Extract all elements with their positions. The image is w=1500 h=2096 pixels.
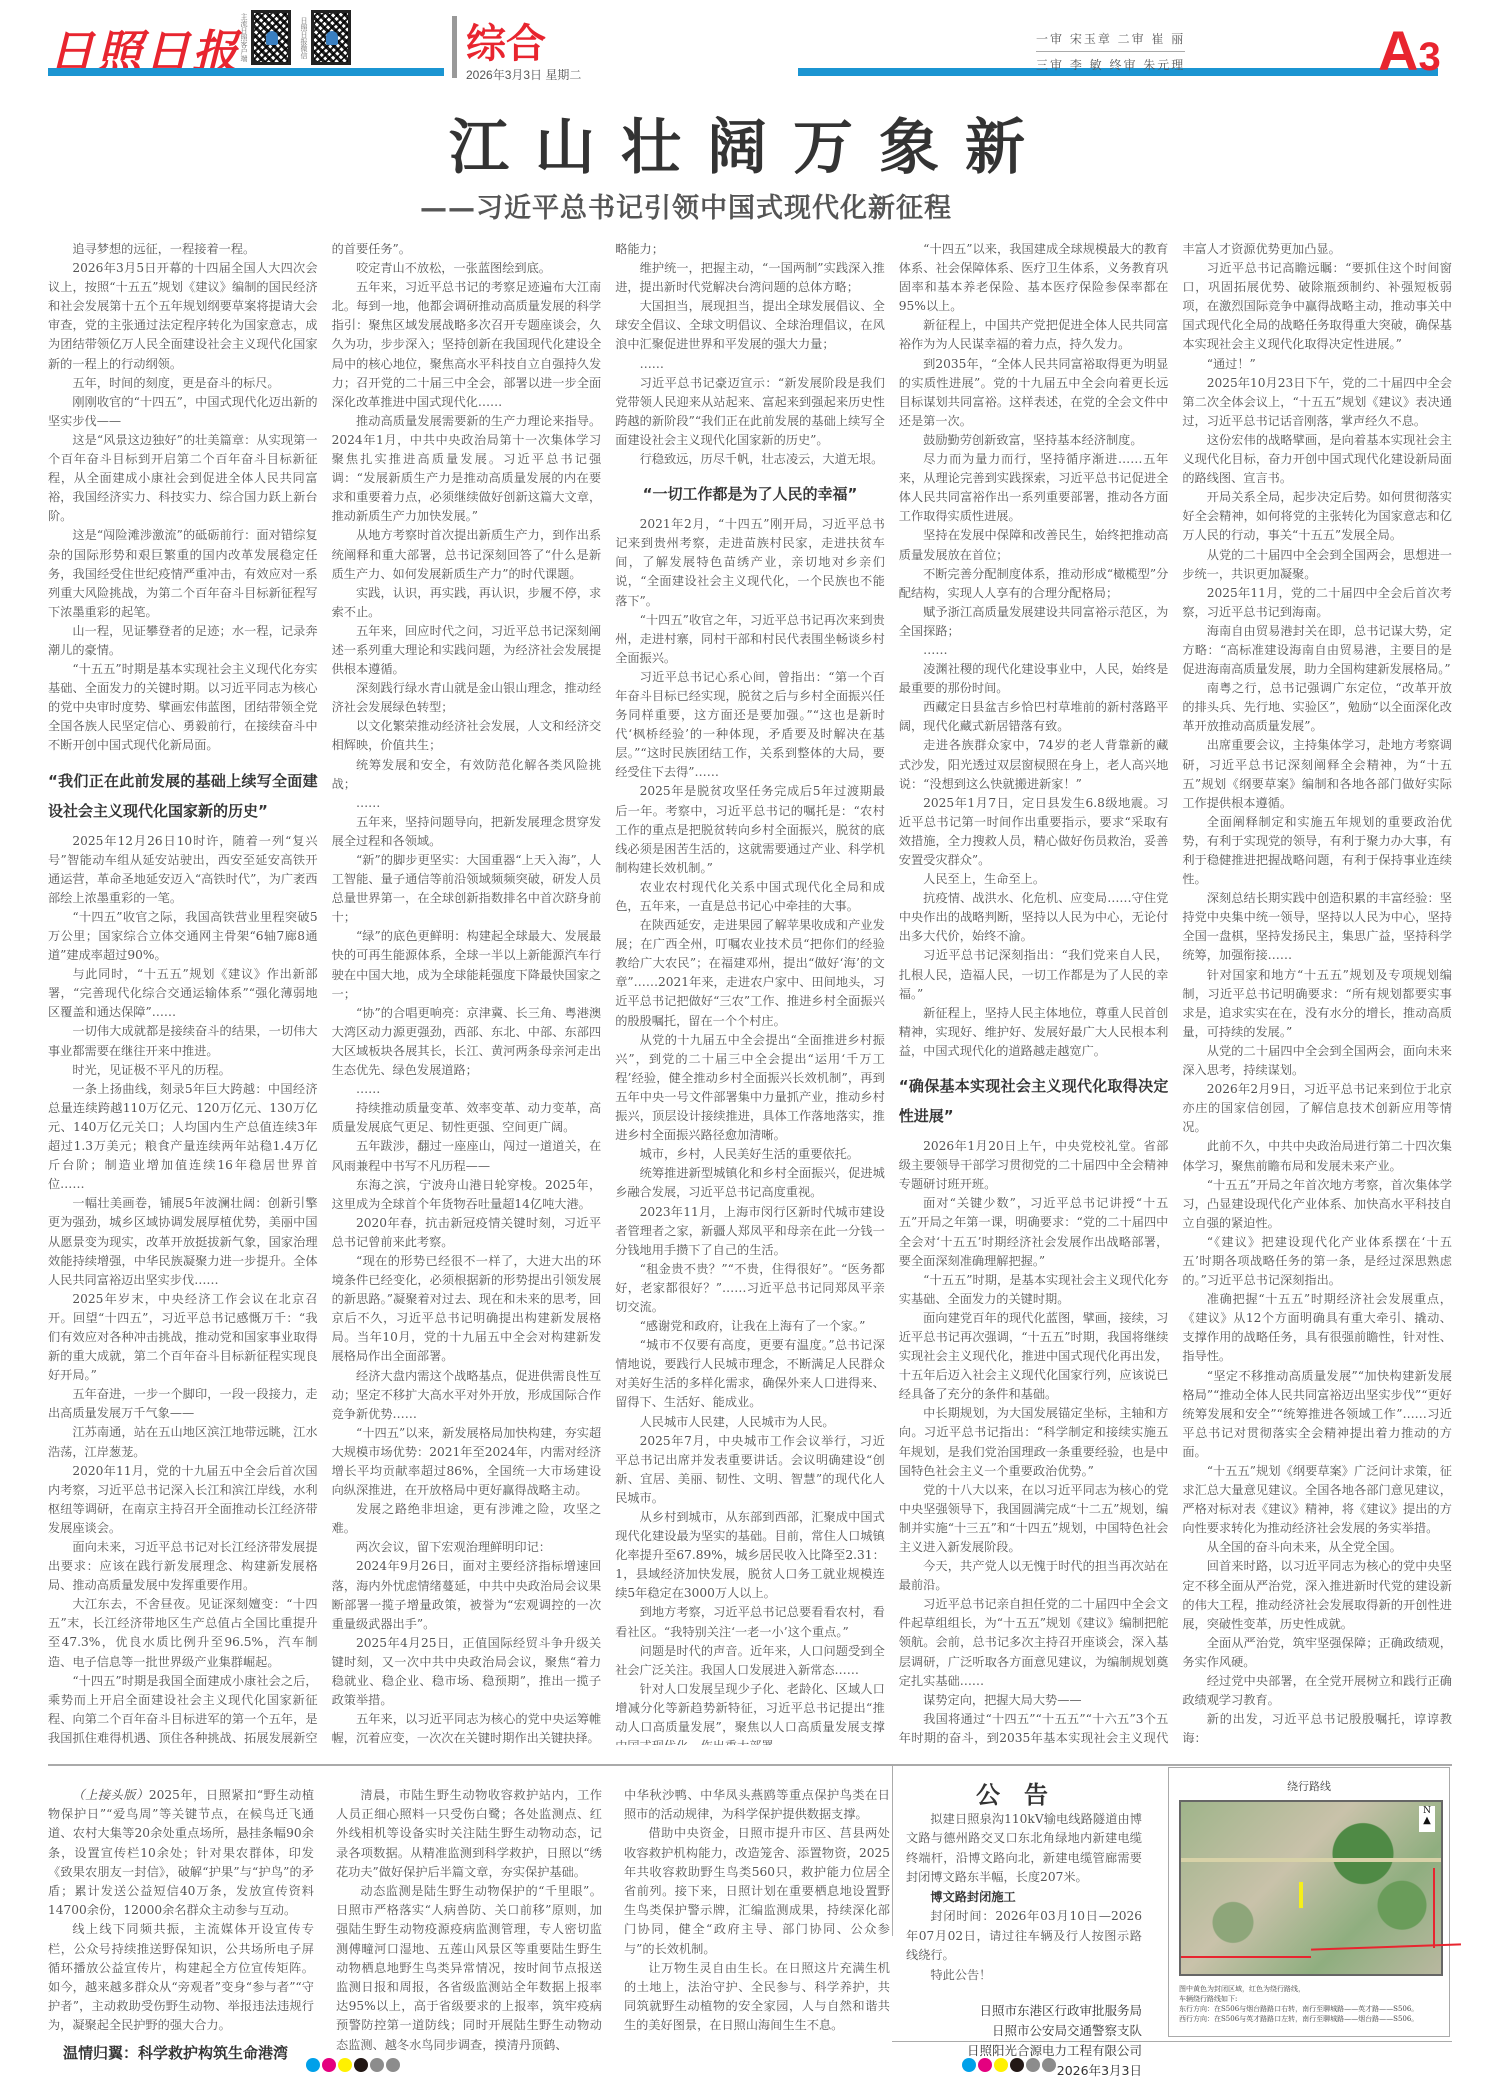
detour-route-line: [1181, 1956, 1311, 1958]
detour-route-line: [1311, 1943, 1461, 1950]
paragraph: 习近平总书记豪迈宣示：“新发展阶段是我们党带领人民迎来从站起来、富起来到强起来历…: [615, 374, 885, 450]
paragraph: 行稳致远，历尽千帆，壮志凌云，大道无垠。: [615, 450, 885, 469]
paragraph: 从地方考察时首次提出新质生产力，到作出系统阐释和重大部署，总书记深刻回答了“什么…: [332, 526, 602, 583]
paragraph: “十四五”收官之年，习近平总书记再次来到贵州，走进村寨，同村干部和村民代表围坐畅…: [615, 611, 885, 668]
paragraph: 今天，共产党人以无愧于时代的担当再次站在最前沿。: [899, 1557, 1169, 1595]
paragraph: 习近平总书记高瞻远瞩：“要抓住这个时间窗口，巩固拓展优势、破除瓶颈制约、补强短板…: [1182, 259, 1452, 354]
paragraph: 到地方考察，习近平总书记总要看看农村，看看社区。“我特别关注‘一老一小’这个重点…: [615, 1603, 885, 1641]
paragraph: 2025年10月23日下午，党的二十届四中全会第二次全体会议上，“十五五”规划《…: [1182, 374, 1452, 431]
paragraph: 从党的二十届四中全会到全国两会，思想进一步统一，共识更加凝聚。: [1182, 546, 1452, 584]
paragraph: 2025年4月25日，正值国际经贸斗争升级关键时刻，又一次中共中央政治局会议，聚…: [332, 1634, 602, 1710]
paragraph: 清晨，市陆生野生动物收容救护站内，工作人员正细心照料一只受伤白鹭；各处监测点、红…: [336, 1786, 602, 1882]
qr-wechat-caption: 日照日报微信: [300, 17, 307, 59]
paragraph: 丰富人才资源优势更加凸显。: [1182, 240, 1452, 259]
yellow-dot-icon: [994, 2058, 1008, 2072]
paragraph: 与此同时，“十五五”规划《建议》作出新部署，“完善现代化综合交通运输体系”“强化…: [48, 965, 318, 1022]
qr-client-caption: 主流日照客户端: [240, 13, 247, 62]
section-heading: “我们正在此前发展的基础上续写全面建设社会主义现代化国家新的历史”: [48, 766, 318, 826]
paragraph: 我国将通过“十四五”“十五五”“十六五”3个五年时期的奋斗，到2035年基本实现…: [899, 1710, 1169, 1745]
main-article: 追寻梦想的远征，一程接着一程。 2026年3月5日开幕的十四届全国人大四次会议上…: [48, 240, 1452, 1745]
paragraph: 2025年12月26日10时许，随着一列“复兴号”智能动车组从延安站驶出，西安至…: [48, 832, 318, 908]
paragraph: 从乡村到城市，从东部到西部，汇聚成中国式现代化建设最为坚实的基础。目前，常住人口…: [615, 1508, 885, 1603]
paragraph: 一幅壮美画卷，铺展5年波澜壮阔：创新引擎更为强劲，城乡区域协调发展厚植优势，美丽…: [48, 1194, 318, 1289]
legend-line: 西行方向：在S506与英才路路口左转，南行至聊城路——烟台路——S506。: [1179, 2014, 1439, 2024]
paragraph: 统筹推进新型城镇化和乡村全面振兴，促进城乡融合发展，习近平总书记高度重视。: [615, 1164, 885, 1202]
section-heading: “一切工作都是为了人民的幸福”: [615, 479, 885, 509]
paragraph: 大国担当，展现担当，提出全球发展倡议、全球安全倡议、全球文明倡议、全球治理倡议，…: [615, 297, 885, 354]
paragraph: 一切伟大成就都是接续奋斗的结果，一切伟大事业都需要在继往开来中推进。: [48, 1022, 318, 1060]
paragraph: 面对“关键少数”，习近平总书记讲授“十五五”开局之年第一课，明确要求：“党的二十…: [899, 1194, 1169, 1270]
paragraph: 新征程上，中国共产党把促进全体人民共同富裕作为为人民谋幸福的着力点，持久发力。: [899, 316, 1169, 354]
cyan-dot-icon: [306, 2058, 320, 2072]
section-rule: [48, 1764, 1452, 1766]
paragraph: 针对国家和地方“十五五”规划及专项规划编制，习近平总书记明确要求：“所有规划都要…: [1182, 966, 1452, 1042]
paragraph: 咬定青山不放松，一张蓝图绘到底。: [332, 259, 602, 278]
paragraph: 问题是时代的声音。近年来，人口问题受到全社会广泛关注。我国人口发展进入新常态……: [615, 1642, 885, 1680]
paragraph: 2026年2月9日，习近平总书记来到位于北京亦庄的国家信创园，了解信息技术创新应…: [1182, 1080, 1452, 1137]
legend-line: 东行方向：在S506与烟台路路口右转，南行至聊城路——英才路——S506。: [1179, 2004, 1439, 2014]
page-digit: 3: [1418, 35, 1440, 79]
paragraph: 从全国的奋斗向未来，从全党全国。: [1182, 1538, 1452, 1557]
notice-divider: [892, 1766, 893, 1936]
page-number: A3: [1378, 18, 1441, 83]
paragraph: 2020年11月，党的十九届五中全会后首次国内考察，习近平总书记深入长江和滨江岸…: [48, 1462, 318, 1538]
paragraph: 开局关系全局，起步决定后势。如何贯彻落实好全会精神，如何将党的主张转化为国家意志…: [1182, 488, 1452, 545]
paragraph: （上接头版）2025年，日照紧扣“野生动植物保护日”“爱鸟周”等关键节点，在候鸟…: [48, 1786, 314, 1920]
paragraph: 这是“闯险滩涉激流”的砥砺前行：面对错综复杂的国际形势和艰巨繁重的国内改革发展稳…: [48, 526, 318, 621]
paragraph: 持续推动质量变革、效率变革、动力变革，高质量发展底气更足、韧性更强、空间更广阔。: [332, 1099, 602, 1137]
paragraph: 动态监测是陆生野生动物保护的“千里眼”。日照市严格落实“人病兽防、关口前移”原则…: [336, 1882, 602, 2055]
satellite-map-image: N▲: [1179, 1800, 1443, 1976]
article-column-3: 略能力； 维护统一，把握主动，“一国两制”实践深入推进，提出新时代党解决台湾问题…: [615, 240, 885, 1745]
paragraph: 在陕西延安，走进果园了解苹果收成和产业发展；在广西全州，叮嘱农业技术员“把你们的…: [615, 916, 885, 1031]
paragraph: “十五五”时期是基本实现社会主义现代化夯实基础、全面发力的关键时期。以习近平同志…: [48, 660, 318, 755]
paragraph: 五年跋涉，翻过一座座山，闯过一道道关，在风雨兼程中书写不凡历程——: [332, 1137, 602, 1175]
paragraph: 城市，乡村，人民美好生活的重要依托。: [615, 1145, 885, 1164]
paragraph: 2021年2月，“十四五”刚开局，习近平总书记来到贵州考察，走进苗族村民家，走进…: [615, 515, 885, 610]
paragraph: 统筹发展和安全，有效防范化解各类风险挑战；: [332, 756, 602, 794]
paragraph: 维护统一，把握主动，“一国两制”实践深入推进，提出新时代党解决台湾问题的总体方略…: [615, 259, 885, 297]
paragraph: “城市不仅要有高度，更要有温度。”总书记深情地说，要践行人民城市理念，不断满足人…: [615, 1336, 885, 1412]
gray-dot-icon: [370, 2058, 384, 2072]
paragraph: 经济大盘内需这个战略基点，促进供需良性互动；坚定不移扩大高水平对外开放，形成国际…: [332, 1367, 602, 1424]
paragraph: 2024年9月26日，面对主要经济指标增速回落，海内外忧虑情绪蔓延，中共中央政治…: [332, 1557, 602, 1633]
paragraph: 经过党中央部署，在全党开展树立和践行正确政绩观学习教育。: [1182, 1672, 1452, 1710]
magenta-dot-icon: [322, 2058, 336, 2072]
paragraph: “十四五”收官之际，我国高铁营业里程突破5万公里；国家综合立体交通网主骨架“6轴…: [48, 908, 318, 965]
paragraph: 此前不久，中共中央政治局进行第二十四次集体学习，聚焦前瞻布局和发展未来产业。: [1182, 1137, 1452, 1175]
paragraph: 一条上扬曲线，刻录5年巨大跨越：中国经济总量连续跨越110万亿元、120万亿元、…: [48, 1080, 318, 1195]
paragraph: 到2035年，“全体人民共同富裕取得更为明显的实质性进展”。党的十九届五中全会向…: [899, 355, 1169, 431]
paragraph: 中长期规划，为大国发展锚定坐标，主轴和方向。习近平总书记指出：“科学制定和接续实…: [899, 1404, 1169, 1480]
paragraph: 新的出发，习近平总书记殷殷嘱托，谆谆教诲：: [1182, 1710, 1452, 1745]
paragraph: ……: [615, 355, 885, 374]
paragraph: 深刻践行绿水青山就是金山银山理念，推动经济社会发展绿色转型；: [332, 679, 602, 717]
paragraph: “十五五”开局之年首次地方考察，首次集体学习，凸显建设现代化产业体系、加快高水平…: [1182, 1176, 1452, 1233]
masthead: 日照日报 主流日照客户端 日照日报微信 综合 2026年3月3日 星期二 一审 …: [0, 0, 1500, 80]
continued-from-front-label: （上接头版）: [72, 1788, 148, 1802]
paragraph: 全面从严治党，筑牢坚强保障；正确政绩观，务实作风硬。: [1182, 1634, 1452, 1672]
paragraph: “十四五”时期是我国全面建成小康社会之后，乘势而上开启全面建设社会主义现代化国家…: [48, 1672, 318, 1745]
wildlife-column-2: 清晨，市陆生野生动物收容救护站内，工作人员正细心照料一只受伤白鹭；各处监测点、红…: [336, 1786, 602, 2066]
editors-divider: [1036, 51, 1185, 52]
paragraph: 五年奋进，一步一个脚印，一段一段接力，走出高质量发展万千气象——: [48, 1385, 318, 1423]
paragraph: 2025年是脱贫攻坚任务完成后5年过渡期最后一年。考察中，习近平总书记的嘱托是：…: [615, 782, 885, 877]
map-title: 绕行路线: [1169, 1778, 1449, 1794]
paragraph: 追寻梦想的远征，一程接着一程。: [48, 240, 318, 259]
paragraph: “感谢党和政府，让我在上海有了一个家。”: [615, 1317, 885, 1336]
paragraph: 实践，认识，再实践，再认识，步履不停，求索不止。: [332, 584, 602, 622]
closed-area-marker: [1299, 1882, 1303, 1908]
paragraph: 五年来，回应时代之问，习近平总书记深刻阐述一系列重大理论和实践问题，为经济社会发…: [332, 622, 602, 679]
paragraph: ……: [899, 641, 1169, 660]
paragraph: “协”的合唱更响亮：京津冀、长三角、粤港澳大湾区动力源更强劲，西部、东北、中部、…: [332, 1004, 602, 1080]
paragraph: 走进各族群众家中，74岁的老人背靠新的藏式沙发，阳光透过双层窗棂照在身上，老人高…: [899, 736, 1169, 793]
gray-dot-icon: [1026, 2058, 1040, 2072]
section-heading: “确保基本实现社会主义现代化取得决定性进展”: [899, 1071, 1169, 1131]
editors-line-2: 三审 李 敏 终审 朱元理: [1036, 54, 1185, 75]
article-column-1: 追寻梦想的远征，一程接着一程。 2026年3月5日开幕的十四届全国人大四次会议上…: [48, 240, 318, 1745]
paragraph: 略能力；: [615, 240, 885, 259]
paragraph: 线上线下同频共振，主流媒体开设宣传专栏，公众号持续推送野保知识，公共场所电子屏循…: [48, 1920, 314, 2035]
qr-wechat: 日照日报微信: [300, 10, 351, 65]
section-name: 综合: [466, 12, 546, 69]
wildlife-column-1: （上接头版）2025年，日照紧扣“野生动植物保护日”“爱鸟周”等关键节点，在候鸟…: [48, 1786, 314, 2066]
paragraph: 这份宏伟的战略擘画，是向着基本实现社会主义现代化目标，奋力开创中国式现代化建设新…: [1182, 431, 1452, 488]
paragraph: 回首来时路，以习近平同志为核心的党中央坚定不移全面从严治党，深入推进新时代党的建…: [1182, 1557, 1452, 1633]
paragraph: 的首要任务”。: [332, 240, 602, 259]
issuer-org: 日照市公安局交通警察支队: [906, 2021, 1142, 2041]
paragraph: 新征程上，坚持人民主体地位，尊重人民首创精神，实现好、维护好、发展好最广大人民根…: [899, 1004, 1169, 1061]
paragraph: 两次会议，留下宏观治理鲜明印记：: [332, 1538, 602, 1557]
paragraph: 五年，时间的刻度，更是奋斗的标尺。: [48, 374, 318, 393]
paragraph: 谋势定向，把握大局大势——: [899, 1691, 1169, 1710]
paragraph: 习近平总书记亲自担任党的二十届四中全会文件起草组组长，为“十五五”规划《建议》编…: [899, 1595, 1169, 1690]
road-closure-notice: 公告 拟建日照泉沟110kV输电线路隧道由博文路与德州路交叉口东北角绿地内新建电…: [906, 1786, 1142, 2081]
paragraph: 2020年春，抗击新冠疫情关键时刻，习近平总书记曾前来此考察。: [332, 1214, 602, 1252]
paragraph: 赋予浙江高质量发展建设共同富裕示范区，为全国探路；: [899, 603, 1169, 641]
paragraph: “通过！”: [1182, 355, 1452, 374]
paragraph: 鼓励勤劳创新致富，坚持基本经济制度。: [899, 431, 1169, 450]
wildlife-article: （上接头版）2025年，日照紧扣“野生动植物保护日”“爱鸟周”等关键节点，在候鸟…: [48, 1786, 890, 2066]
section-heading: 温情归翼：科学救护构筑生命港湾: [48, 2044, 314, 2063]
paragraph: 让万物生灵自由生长。在日照这片充满生机的土地上，法治守护、全民参与、科学养护，共…: [624, 1959, 890, 2036]
paragraph: 凌渊社稷的现代化建设事业中，人民，始终是最重要的那份时间。: [899, 660, 1169, 698]
paragraph: 海南自由贸易港封关在即，总书记谋大势，定方略：“高标准建设海南自由贸易港，主要目…: [1182, 622, 1452, 679]
paragraph: “现在的形势已经很不一样了，大进大出的环境条件已经变化，必须根据新的形势提出引领…: [332, 1252, 602, 1367]
paragraph: 抗疫情、战洪水、化危机、应变局……守住党中央作出的战略判断，坚持以人民为中心，无…: [899, 889, 1169, 946]
paragraph: 准确把握“十五五”时期经济社会发展重点，《建议》从12个方面明确具有重大牵引、撬…: [1182, 1290, 1452, 1366]
paragraph: 推动高质量发展需要新的生产力理论来指导。2024年1月，中共中央政治局第十一次集…: [332, 412, 602, 527]
paragraph: 山一程，见证攀登者的足迹；水一程，记录奔潮儿的豪情。: [48, 622, 318, 660]
paragraph: 面向未来，习近平总书记对长江经济带发展提出要求：应该在践行新发展理念、构建新发展…: [48, 1538, 318, 1595]
paragraph: 针对人口发展呈现少子化、老龄化、区域人口增减分化等新趋势新特征，习近平总书记提出…: [615, 1680, 885, 1745]
article-column-2: 的首要任务”。 咬定青山不放松，一张蓝图绘到底。 五年来，习近平总书记的考察足迹…: [332, 240, 602, 1745]
paragraph: 中华秋沙鸭、中华凤头燕鸥等重点保护鸟类在日照市的活动规律，为科学保护提供数据支撑…: [624, 1786, 890, 1824]
magenta-dot-icon: [978, 2058, 992, 2072]
paragraph: 发展之路绝非坦途，更有涉滩之险，攻坚之难。: [332, 1500, 602, 1538]
detour-map: 绕行路线 N▲ 图中黄色为封闭区域，红色为绕行路线， 车辆绕行路线如下: 东行方…: [1168, 1767, 1450, 2037]
editors-block: 一审 宋玉章 二审 崔 丽 三审 李 敏 终审 朱元理: [1036, 28, 1185, 75]
issuer-org: 日照市东港区行政审批服务局: [906, 2001, 1142, 2021]
paragraph: 借助中央资金，日照市提升市区、莒县两处收容救护机构能力，改造笼舍、添置物资，20…: [624, 1824, 890, 1958]
paragraph: 尽力而为量力而行，坚持循序渐进……五年来，从理论完善到实践探索，习近平总书记促进…: [899, 450, 1169, 526]
headline: 江山壮阔万象新: [0, 100, 1500, 186]
black-dot-icon: [1010, 2058, 1024, 2072]
notice-subheading: 博文路封闭施工: [906, 1888, 1142, 1908]
paragraph: 五年来，坚持问题导向，把新发展理念贯穿发展全过程和各领域。: [332, 813, 602, 851]
subheadline: ——习近平总书记引领中国式现代化新征程: [420, 186, 952, 225]
north-arrow-icon: N▲: [1419, 1806, 1435, 1832]
paragraph: 以文化繁荣推动经济社会发展，人文和经济交相辉映，价值共生；: [332, 717, 602, 755]
paragraph: 2023年11月，上海市闵行区新时代城市建设者管理者之家，新疆人郑凤平和母亲在此…: [615, 1203, 885, 1260]
paragraph: 农业农村现代化关系中国式现代化全局和成色，五年来，一直是总书记心中牵挂的大事。: [615, 878, 885, 916]
paragraph: 时光，见证极不平凡的历程。: [48, 1061, 318, 1080]
paragraph: 大江东去，不舍昼夜。见证深刻嬗变：“十四五”末，长江经济带地区生产总值占全国比重…: [48, 1595, 318, 1671]
cyan-dot-icon: [962, 2058, 976, 2072]
paragraph: 习近平总书记心系心间，曾指出：“第一个百年奋斗目标已经实现，脱贫之后与乡村全面振…: [615, 668, 885, 783]
print-color-marks: [962, 2058, 1056, 2072]
wildlife-column-3: 中华秋沙鸭、中华凤头燕鸥等重点保护鸟类在日照市的活动规律，为科学保护提供数据支撑…: [624, 1786, 890, 2066]
black-dot-icon: [354, 2058, 368, 2072]
gray-dot-icon: [1042, 2058, 1056, 2072]
notice-paragraph: 拟建日照泉沟110kV输电线路隧道由博文路与德州路交叉口东北角绿地内新建电缆终端…: [906, 1810, 1142, 1888]
paragraph: 东海之滨，宁波舟山港日轮穿梭。2025年，这里成为全球首个年货物吞吐量超14亿吨…: [332, 1176, 602, 1214]
notice-paragraph: 特此公告！: [906, 1966, 1142, 1986]
paragraph: “新”的脚步更坚实：大国重器“上天入海”，人工智能、量子通信等前沿领域频频突破，…: [332, 851, 602, 927]
qr-client: 主流日照客户端: [240, 10, 291, 65]
masthead-rule-left: [48, 68, 444, 76]
paragraph: 人民至上，生命至上。: [899, 870, 1169, 889]
section-divider: [452, 16, 457, 78]
paragraph: 2025年11月，党的二十届四中全会后首次考察，习近平总书记到海南。: [1182, 584, 1452, 622]
yellow-dot-icon: [338, 2058, 352, 2072]
paragraph: 全面阐释制定和实施五年规划的重要政治优势，有利于实现党的领导，有利于聚力办大事，…: [1182, 813, 1452, 889]
paragraph: 2025年岁末，中央经济工作会议在北京召开。回望“十四五”，习近平总书记感慨万千…: [48, 1290, 318, 1385]
gray-dot-icon: [386, 2058, 400, 2072]
paragraph: 五年来，以习近平同志为核心的党中央运筹帷幄，沉着应变，一次次在关键时期作出关键抉…: [332, 1710, 602, 1745]
paragraph: 坚持在发展中保障和改善民生，始终把推动高质量发展放在首位；: [899, 526, 1169, 564]
paragraph: 出席重要会议，主持集体学习，赴地方考察调研，习近平总书记深刻阐释全会精神，为“十…: [1182, 736, 1452, 812]
paragraph: 2026年3月5日开幕的十四届全国人大四次会议上，按照“十五五”规划《建议》编制…: [48, 259, 318, 374]
legend-line: 车辆绕行路线如下:: [1179, 1994, 1439, 2004]
paragraph: 西藏定日县盆吉乡恰巴村草堆前的新村落路平阔，现代化藏式新居错落有致。: [899, 698, 1169, 736]
paragraph: 从党的二十届四中全会到全国两会，面向未来深入思考，持续谋划。: [1182, 1042, 1452, 1080]
paragraph: “绿”的底色更鲜明：构建起全球最大、发展最快的可再生能源体系，全球一半以上新能源…: [332, 927, 602, 1003]
detour-route-line: [1433, 1868, 1435, 1948]
paragraph: “坚定不移推动高质量发展”“加快构建新发展格局”“推动全体人民共同富裕迈出坚实步…: [1182, 1367, 1452, 1462]
paragraph: 2025年7月，中央城市工作会议举行，习近平总书记出席并发表重要讲话。会议明确建…: [615, 1432, 885, 1508]
paragraph: 面向建党百年的现代化蓝图，擘画，接续，习近平总书记再次强调，“十五五”时期，我国…: [899, 1309, 1169, 1404]
paragraph: 2026年1月20日上午，中央党校礼堂。省部级主要领导干部学习贯彻党的二十届四中…: [899, 1137, 1169, 1194]
qr-code-icon: [251, 10, 291, 65]
paragraph: ……: [332, 1080, 602, 1099]
article-column-4: “十四五”以来，我国建成全球规模最大的教育体系、社会保障体系、医疗卫生体系，义务…: [899, 240, 1169, 1745]
paragraph: “十四五”以来，我国建成全球规模最大的教育体系、社会保障体系、医疗卫生体系，义务…: [899, 240, 1169, 316]
print-color-marks: [306, 2058, 400, 2072]
editors-line-1: 一审 宋玉章 二审 崔 丽: [1036, 28, 1185, 49]
paragraph: 江苏南通，站在五山地区滨江地带远眺，江水浩荡，江岸葱茏。: [48, 1423, 318, 1461]
dateline: 2026年3月3日 星期二: [466, 66, 581, 83]
paragraph: 刚刚收官的“十四五”，中国式现代化迈出新的坚实步伐——: [48, 393, 318, 431]
paragraph: ……: [332, 794, 602, 813]
paragraph: “十五五”时期，是基本实现社会主义现代化夯实基础、全面发力的关键时期。: [899, 1271, 1169, 1309]
paragraph: “《建议》把建设现代化产业体系摆在‘十五五’时期各项战略任务的第一条，是经过深思…: [1182, 1233, 1452, 1290]
paragraph: “十五五”规划《纲要草案》广泛问计求策，征求汇总大量意见建议。全国各地各部门意见…: [1182, 1462, 1452, 1538]
article-column-5: 丰富人才资源优势更加凸显。 习近平总书记高瞻远瞩：“要抓住这个时间窗口，巩固拓展…: [1182, 240, 1452, 1745]
notice-paragraph: 封闭时间：2026年03月10日—2026年07月02日，请过往车辆及行人按图示…: [906, 1907, 1142, 1966]
paragraph: 人民城市人民建，人民城市为人民。: [615, 1413, 885, 1432]
notice-title: 公告: [906, 1786, 1142, 1806]
notice-bottom-rule: [892, 2041, 1452, 2042]
paragraph-text: 2025年，日照紧扣“野生动植物保护日”“爱鸟周”等关键节点，在候鸟迁飞通道、农…: [48, 1788, 314, 1917]
paragraph: 习近平总书记深刻指出：“我们党来自人民，扎根人民，造福人民，一切工作都是为了人民…: [899, 946, 1169, 1003]
paragraph: 党的十八大以来，在以习近平同志为核心的党中央坚强领导下，我国圆满完成“十二五”规…: [899, 1481, 1169, 1557]
page-letter: A: [1378, 19, 1418, 82]
legend-line: 图中黄色为封闭区域，红色为绕行路线，: [1179, 1984, 1439, 1994]
paragraph: 五年来，习近平总书记的考察足迹遍布大江南北。每到一地，他都会调研推动高质量发展的…: [332, 278, 602, 412]
paragraph: “租金贵不贵？”“不贵，住得很好”。“医务都好，老家都很好？”……习近平总书记同…: [615, 1260, 885, 1317]
paragraph: 南粤之行，总书记强调广东定位，“改革开放的排头兵、先行地、实验区”，勉励“以全面…: [1182, 679, 1452, 736]
paragraph: 从党的十九届五中全会提出“全面推进乡村振兴”，到党的二十届三中全会提出“运用‘千…: [615, 1031, 885, 1146]
paragraph: 2025年1月7日，定日县发生6.8级地震。习近平总书记第一时间作出重要指示，要…: [899, 794, 1169, 870]
paragraph: 深刻总结长期实践中创造积累的丰富经验：坚持党中央集中统一领导，坚持以人民为中心，…: [1182, 889, 1452, 965]
paragraph: 这是“风景这边独好”的壮美篇章：从实现第一个百年奋斗目标到开启第二个百年奋斗目标…: [48, 431, 318, 526]
paragraph: “十四五”以来，新发展格局加快构建，夯实超大规模市场优势：2021年至2024年…: [332, 1424, 602, 1500]
qr-code-icon: [311, 10, 351, 65]
map-legend: 图中黄色为封闭区域，红色为绕行路线， 车辆绕行路线如下: 东行方向：在S506与…: [1179, 1984, 1439, 2024]
paragraph: 不断完善分配制度体系，推动形成“橄榄型”分配结构，实现人人享有的合理分配格局；: [899, 565, 1169, 603]
